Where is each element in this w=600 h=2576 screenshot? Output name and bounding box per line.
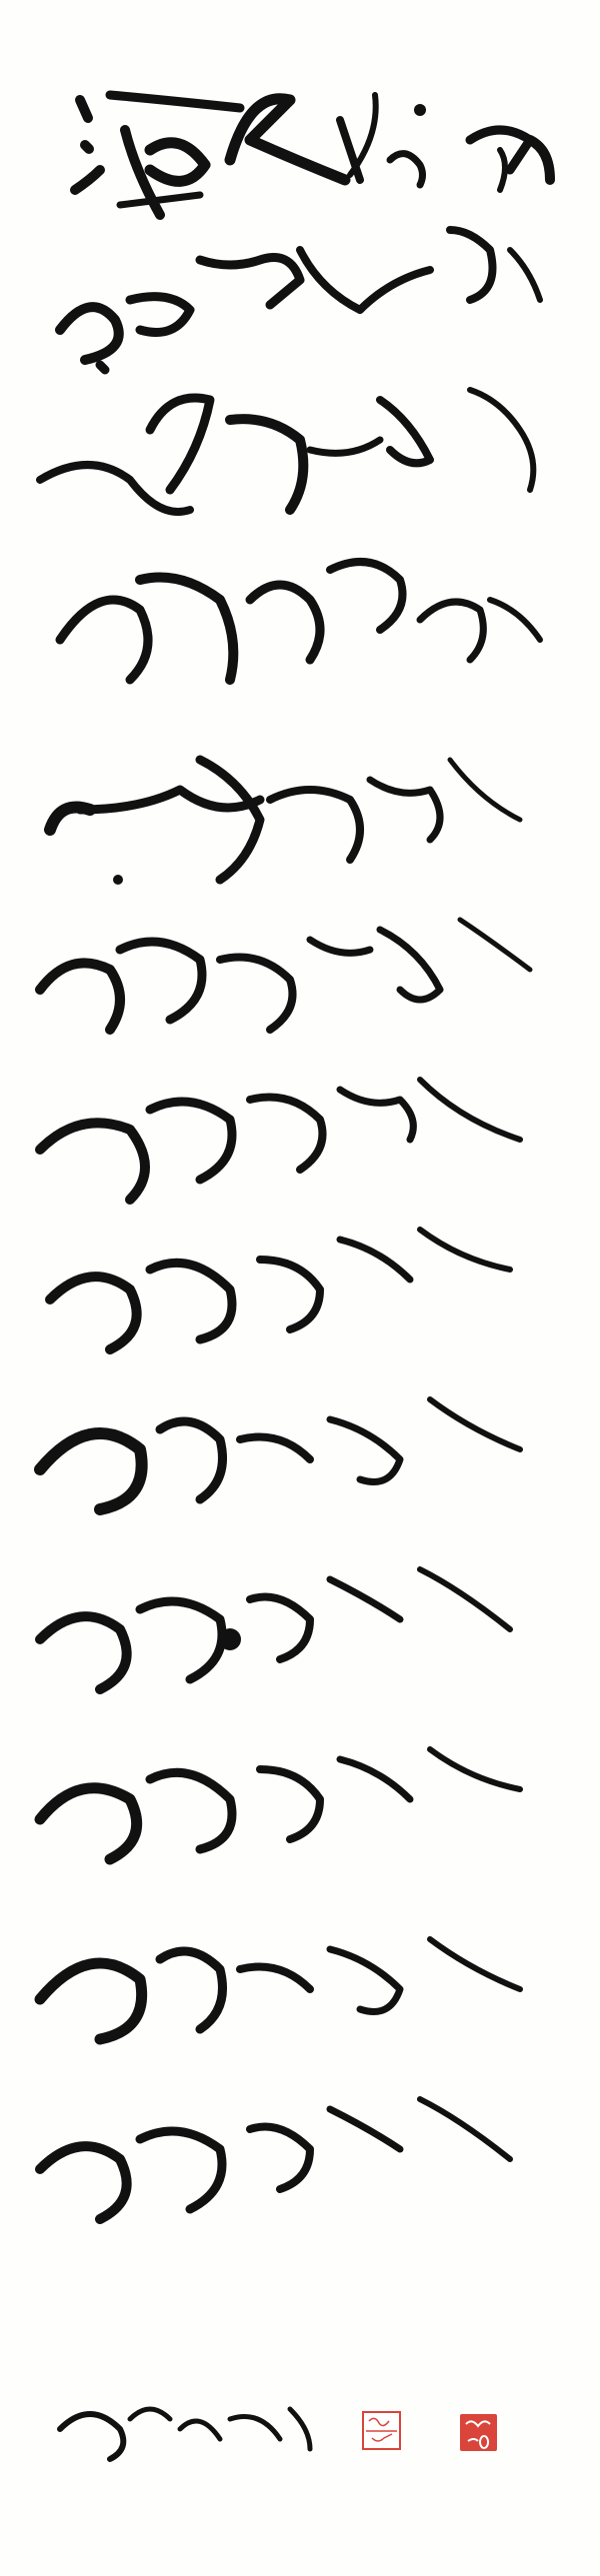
seal-solid-red [460, 2414, 497, 2451]
brush-strokes [0, 0, 600, 2576]
calligraphy-scroll: cursive brush calligraphy (ink on white … [0, 0, 600, 2576]
seal-outline-red [362, 2411, 401, 2450]
seal-glyph-icon [460, 2414, 497, 2451]
seal-glyph-icon [364, 2413, 399, 2448]
